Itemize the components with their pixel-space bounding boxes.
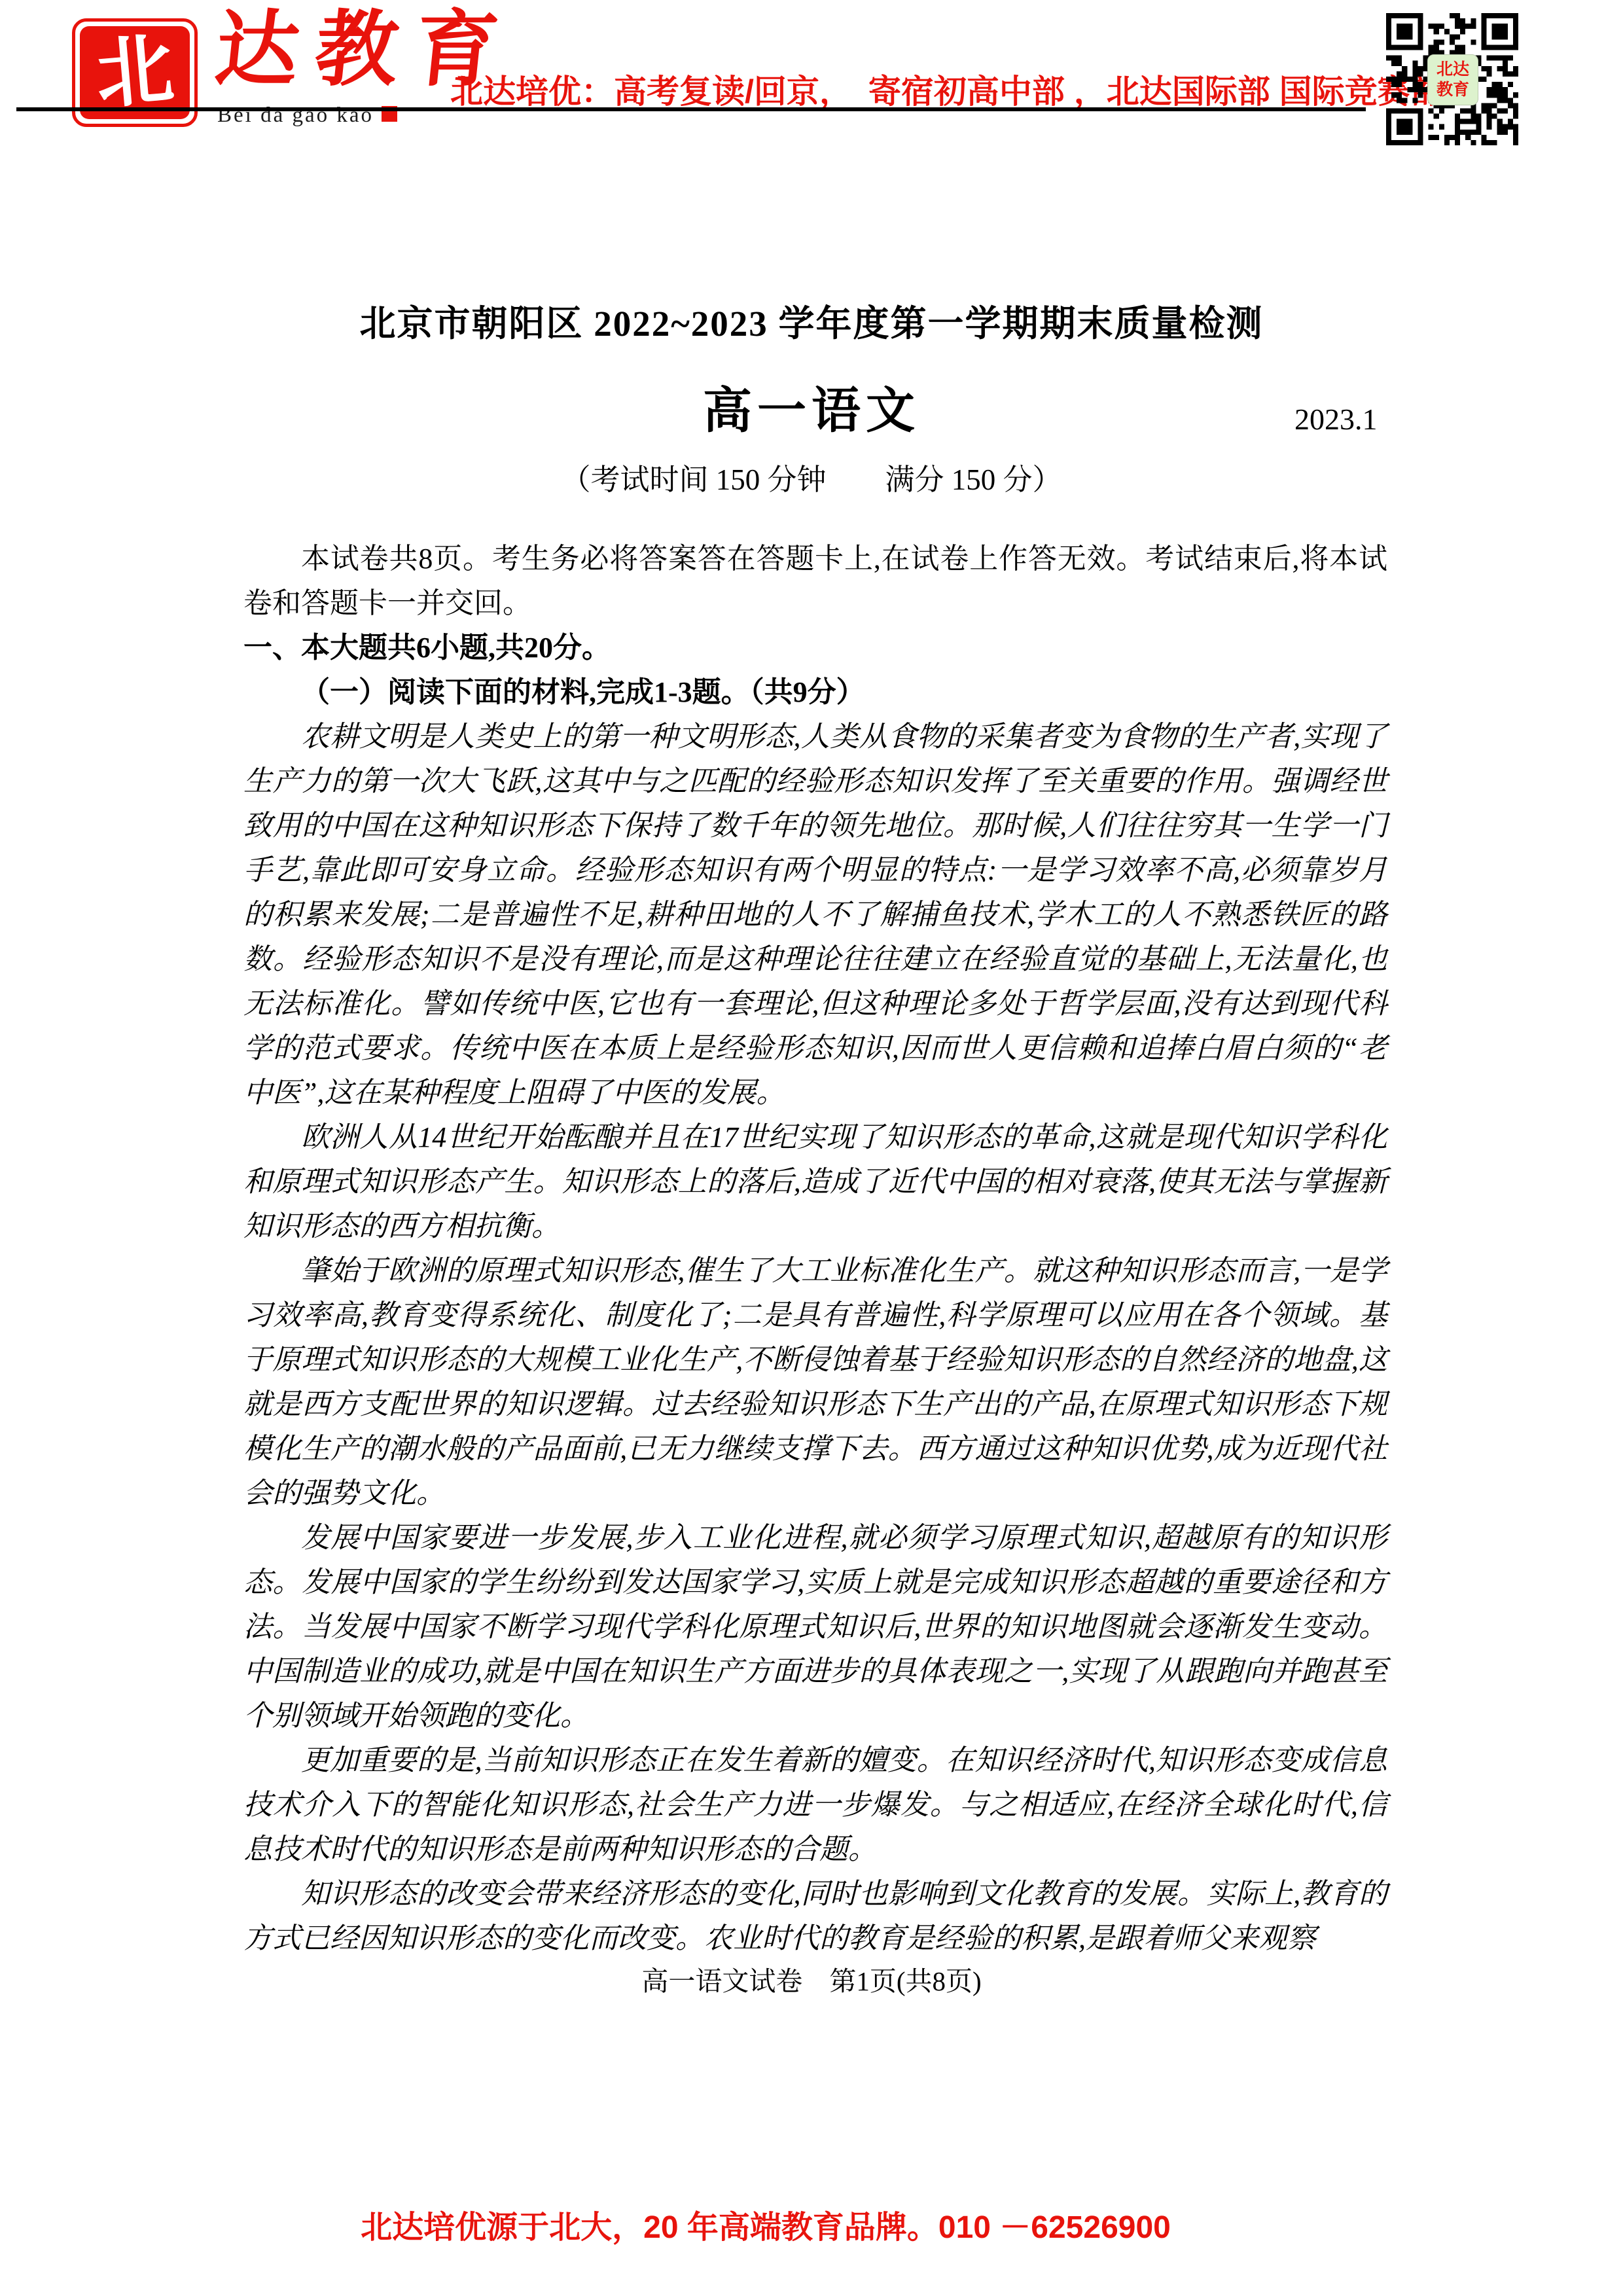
exam-duration-info: （考试时间 150 分钟 满分 150 分） [0,456,1623,498]
exam-paper-page: 北 达教育 Bei da gao kao 北达培优：高考复读/回京， 寄宿初高中… [0,0,1623,2296]
material-paragraph: 农耕文明是人类史上的第一种文明形态,人类从食物的采集者变为食物的生产者,实现了生… [243,715,1387,1115]
qr-center-sticker: 北达 教育 [1427,54,1478,105]
exam-date: 2023.1 [1294,402,1378,437]
header-divider [16,107,1366,111]
brand-seal-background: 北 [80,26,190,119]
material-paragraph: 更加重要的是,当前知识形态正在发生着新的嬗变。在知识经济时代,知识形态变成信息技… [243,1738,1387,1872]
page-number-label: 高一语文试卷 第1页(共8页) [0,1960,1623,1998]
brand-seal-character: 北 [93,31,177,115]
exam-body: 本试卷共8页。考生务必将答案答在答题卡上,在试卷上作答无效。考试结束后,将本试卷… [243,537,1387,1961]
material-paragraph: 发展中国家要进一步发展,步入工业化进程,就必须学习原理式知识,超越原有的知识形态… [243,1516,1387,1738]
header-slogan: 北达培优：高考复读/回京， 寄宿初高中部 ，北达国际部 国际竞赛部 [450,65,1443,113]
subsection-heading: （一）阅读下面的材料,完成1-3题。（共9分） [243,670,1387,715]
material-paragraph: 知识形态的改变会带来经济形态的变化,同时也影响到文化教育的发展。实际上,教育的方… [243,1872,1387,1961]
qr-sticker-line2: 教育 [1436,80,1469,100]
exam-notice: 本试卷共8页。考生务必将答案答在答题卡上,在试卷上作答无效。考试结束后,将本试卷… [243,537,1387,626]
bottom-banner: 北达培优源于北大，20 年高端教育品牌。010 －62526900 [0,2202,1577,2247]
material-paragraph: 欧洲人从14世纪开始酝酿并且在17世纪实现了知识形态的革命,这就是现代知识学科化… [243,1115,1387,1249]
exam-subject: 高一语文 [0,372,1623,442]
exam-title: 北京市朝阳区 2022~2023 学年度第一学期期末质量检测 [0,295,1623,346]
section-heading: 一、本大题共6小题,共20分。 [243,626,1387,670]
qr-sticker-line1: 北达 [1436,60,1469,80]
material-paragraph: 肇始于欧洲的原理式知识形态,催生了大工业标准化生产。就这种知识形态而言,一是学习… [243,1249,1387,1516]
